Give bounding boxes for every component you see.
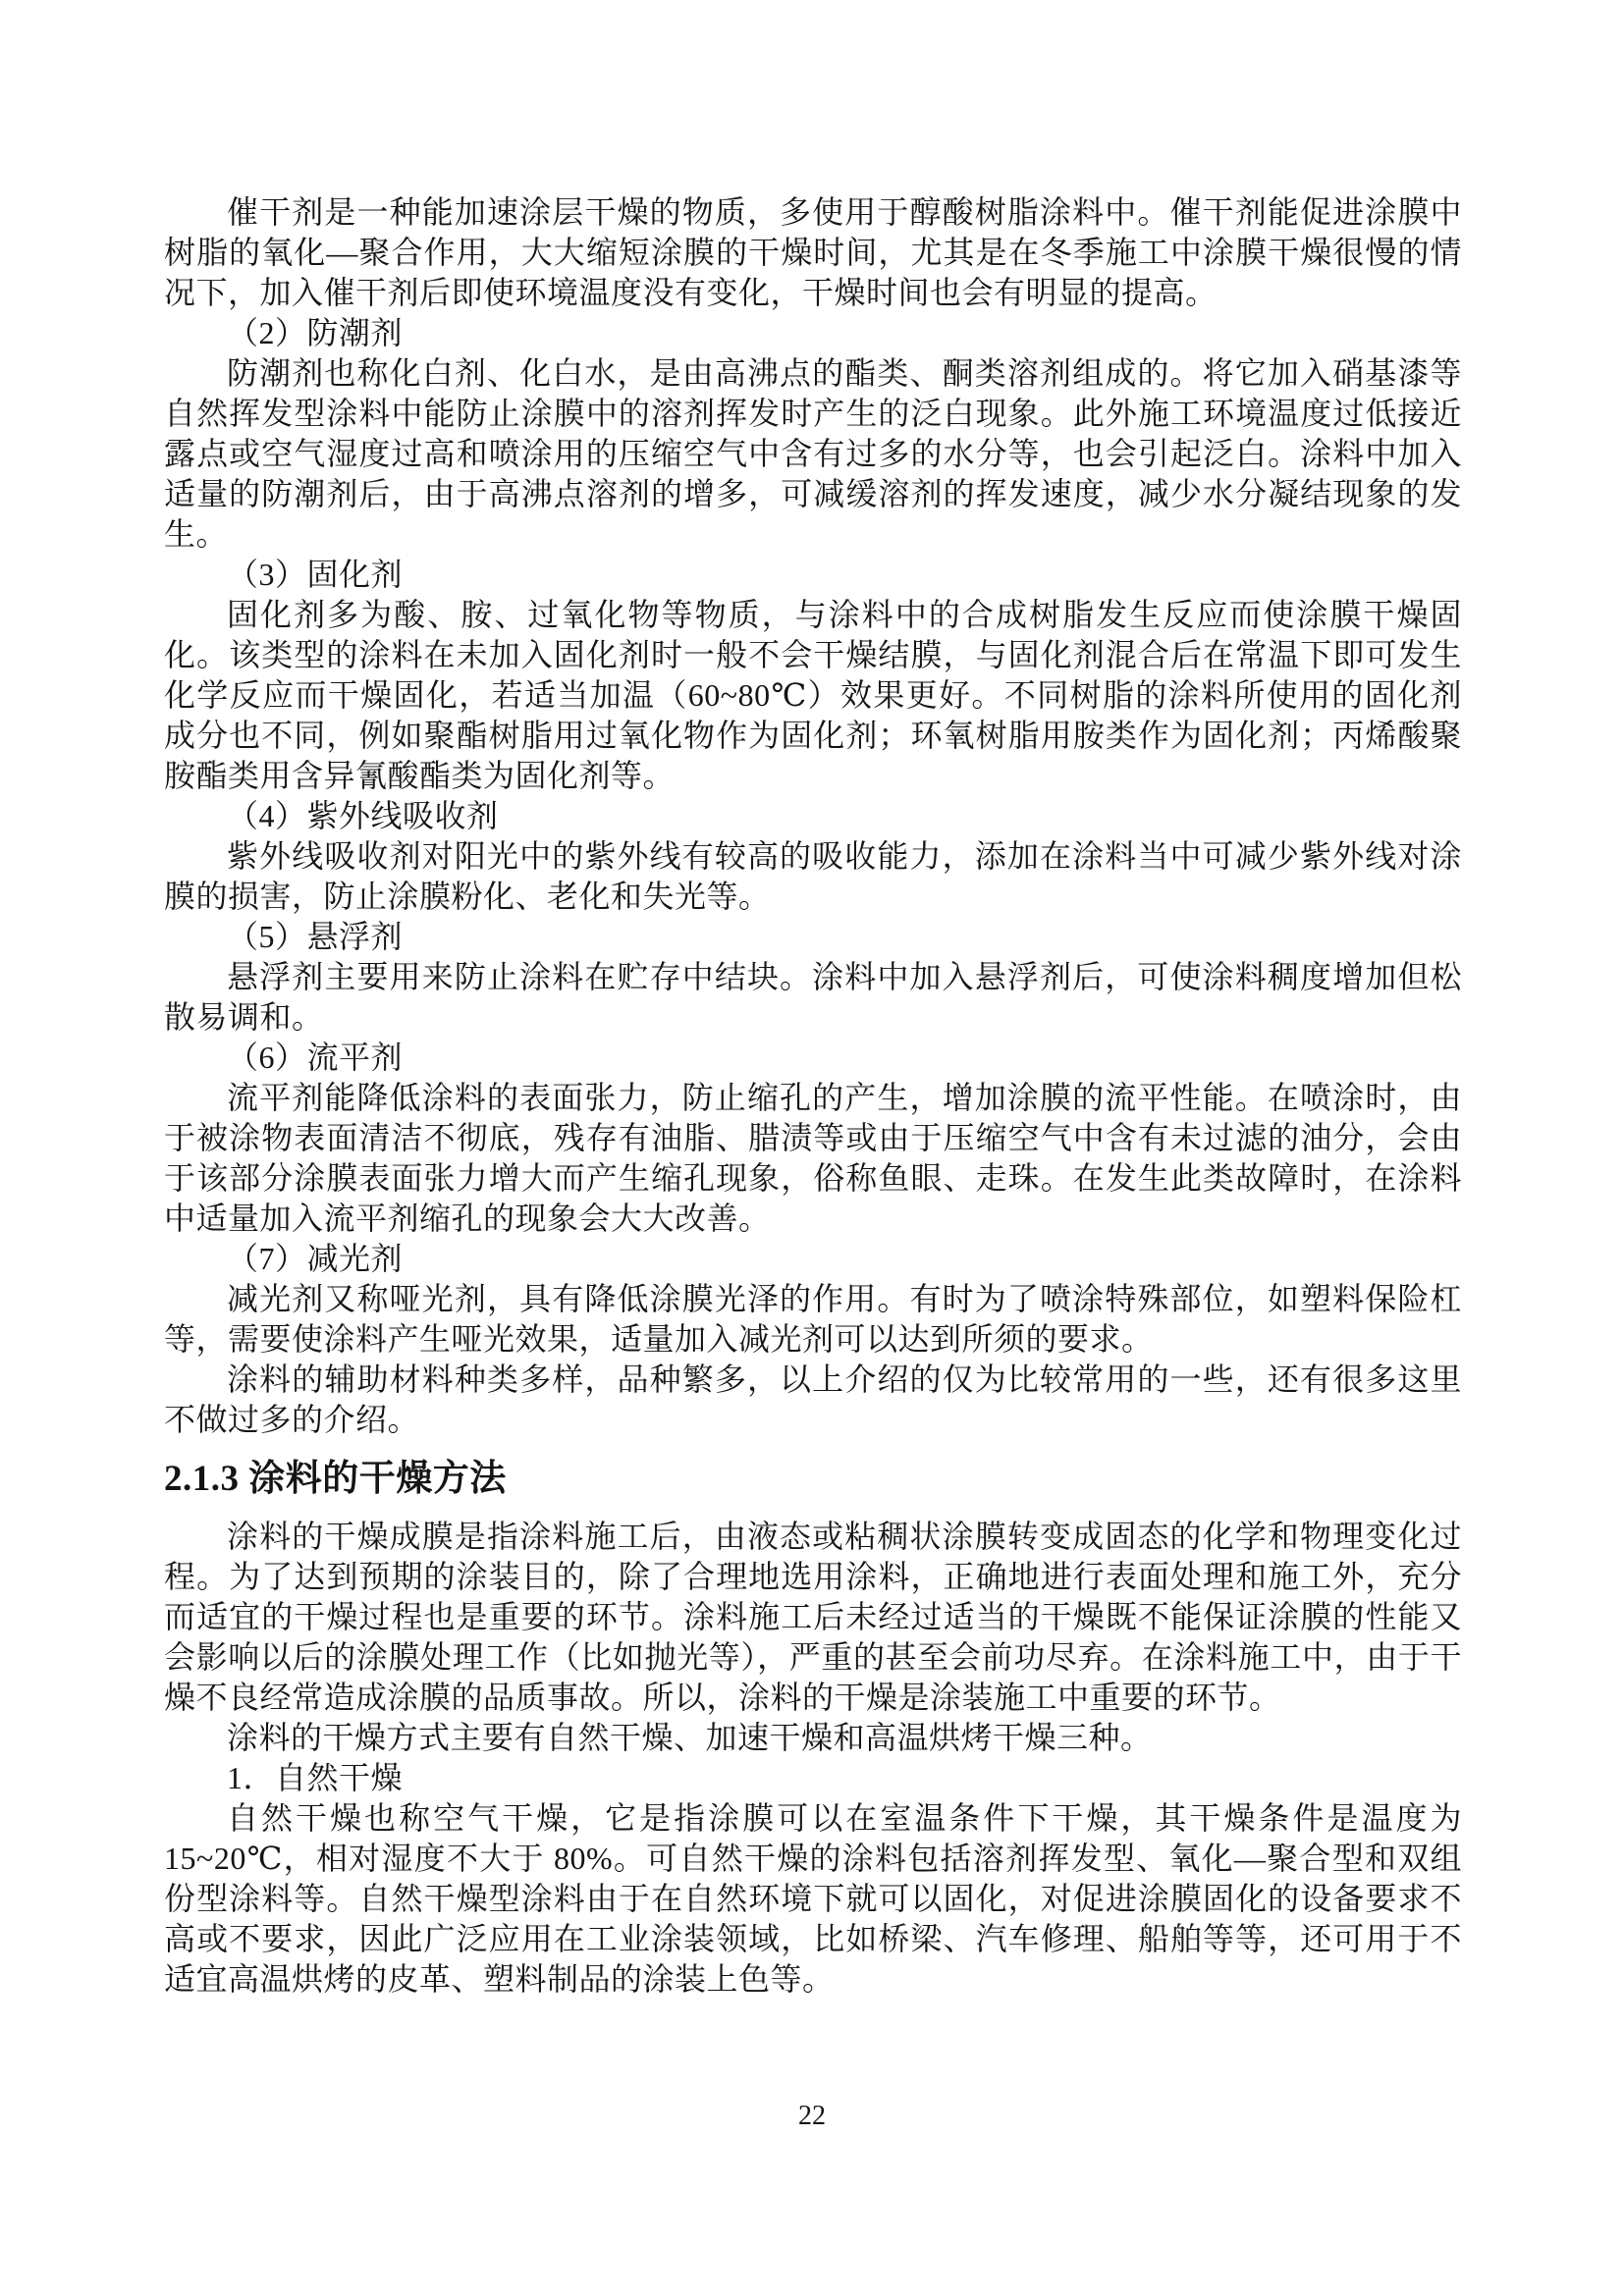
paragraph-natural-drying: 自然干燥也称空气干燥，它是指涂膜可以在室温条件下干燥，其干燥条件是温度为15~2…: [164, 1798, 1462, 2000]
item-heading-natural-drying: 1．自然干燥: [164, 1758, 1462, 1798]
document-page: 催干剂是一种能加速涂层干燥的物质，多使用于醇酸树脂涂料中。催干剂能促进涂膜中树脂…: [0, 0, 1624, 2296]
paragraph-curing-agent: 固化剂多为酸、胺、过氧化物等物质，与涂料中的合成树脂发生反应而使涂膜干燥固化。该…: [164, 595, 1462, 796]
section-heading-2-1-3: 2.1.3 涂料的干燥方法: [164, 1456, 1462, 1503]
paragraph-drying-methods-list: 涂料的干燥方式主要有自然干燥、加速干燥和高温烘烤干燥三种。: [164, 1718, 1462, 1758]
item-heading-uv-absorber: （4）紫外线吸收剂: [164, 796, 1462, 836]
paragraph-matting-agent: 减光剂又称哑光剂，具有降低涂膜光泽的作用。有时为了喷涂特殊部位，如塑料保险杠等，…: [164, 1279, 1462, 1360]
item-heading-matting-agent: （7）减光剂: [164, 1239, 1462, 1279]
item-heading-curing-agent: （3）固化剂: [164, 555, 1462, 595]
paragraph-leveling-agent: 流平剂能降低涂料的表面张力，防止缩孔的产生，增加涂膜的流平性能。在喷涂时，由于被…: [164, 1078, 1462, 1239]
paragraph-auxiliary-materials-summary: 涂料的辅助材料种类多样，品种繁多，以上介绍的仅为比较常用的一些，还有很多这里不做…: [164, 1360, 1462, 1440]
document-content: 催干剂是一种能加速涂层干燥的物质，多使用于醇酸树脂涂料中。催干剂能促进涂膜中树脂…: [164, 192, 1462, 2000]
item-heading-leveling-agent: （6）流平剂: [164, 1038, 1462, 1078]
paragraph-moistureproof-agent: 防潮剂也称化白剂、化白水，是由高沸点的酯类、酮类溶剂组成的。将它加入硝基漆等自然…: [164, 353, 1462, 555]
page-number: 22: [0, 2099, 1624, 2134]
item-heading-suspending-agent: （5）悬浮剂: [164, 917, 1462, 957]
paragraph-suspending-agent: 悬浮剂主要用来防止涂料在贮存中结块。涂料中加入悬浮剂后，可使涂料稠度增加但松散易…: [164, 957, 1462, 1038]
item-heading-moistureproof-agent: （2）防潮剂: [164, 313, 1462, 353]
paragraph-uv-absorber: 紫外线吸收剂对阳光中的紫外线有较高的吸收能力，添加在涂料当中可减少紫外线对涂膜的…: [164, 836, 1462, 917]
paragraph-drier: 催干剂是一种能加速涂层干燥的物质，多使用于醇酸树脂涂料中。催干剂能促进涂膜中树脂…: [164, 192, 1462, 313]
paragraph-drying-film-formation: 涂料的干燥成膜是指涂料施工后，由液态或粘稠状涂膜转变成固态的化学和物理变化过程。…: [164, 1517, 1462, 1718]
